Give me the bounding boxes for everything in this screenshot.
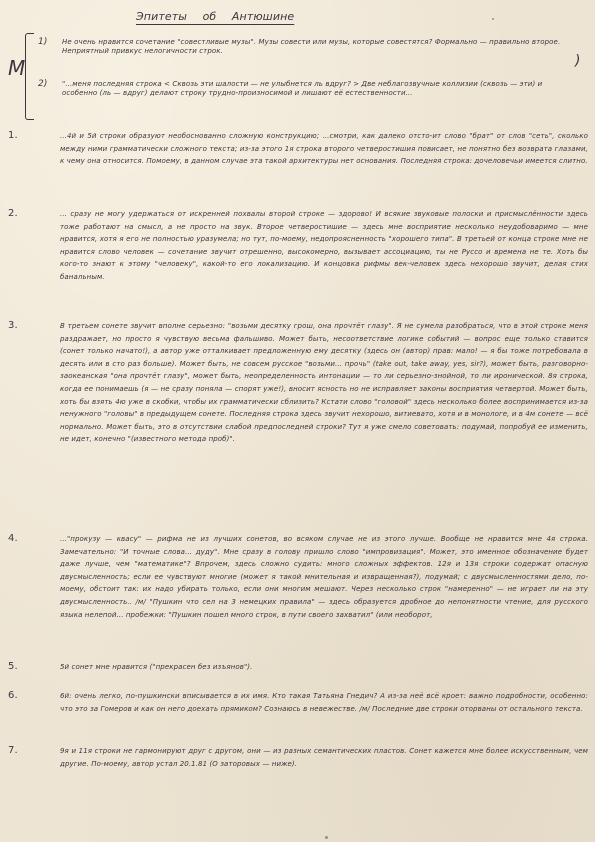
remark-number: 1)	[38, 38, 47, 47]
item-4: 4. ..."прокузу — квасу" — рифма не из лу…	[8, 533, 588, 621]
item-text: 6й: очень легко, по-пушкински вписываетс…	[60, 690, 588, 715]
item-text: ...4й и 5й строки образуют необоснованно…	[60, 130, 588, 168]
item-1: 1. ...4й и 5й строки образуют необоснова…	[8, 130, 588, 168]
item-3: 3. В третьем сонете звучит вполне серьез…	[8, 320, 588, 446]
remark-1: 1) Не очень нравится сочетание "совестли…	[38, 38, 578, 56]
paper-speck	[325, 836, 328, 839]
item-7: 7. 9я и 11я строки не гармонируют друг с…	[8, 745, 588, 770]
paper-speck	[492, 18, 494, 20]
margin-bracket	[25, 33, 34, 120]
item-6: 6. 6й: очень легко, по-пушкински вписыва…	[8, 690, 588, 715]
remark-number: 2)	[38, 80, 47, 89]
item-number: 7.	[8, 745, 18, 758]
item-number: 6.	[8, 690, 18, 703]
remark-2: 2) "...меня последняя строка < Сквозь эт…	[38, 80, 578, 98]
margin-mark: М	[8, 56, 25, 80]
item-5: 5. 5й сонет мне нравится ("прекрасен без…	[8, 661, 588, 674]
remark-text: "...меня последняя строка < Сквозь эти ш…	[62, 80, 578, 98]
item-number: 2.	[8, 208, 18, 221]
item-number: 3.	[8, 320, 18, 333]
item-text: ..."прокузу — квасу" — рифма не из лучши…	[60, 533, 588, 621]
item-number: 1.	[8, 130, 18, 143]
item-number: 4.	[8, 533, 18, 546]
page-title: Эпитеты об Антюшине	[136, 10, 294, 23]
manuscript-page: Эпитеты об Антюшине М ) 1) Не очень нрав…	[0, 0, 595, 842]
remark-text: Не очень нравится сочетание "совестливые…	[62, 38, 578, 56]
item-text: ... сразу не могу удержаться от искренне…	[60, 208, 588, 284]
item-text: 9я и 11я строки не гармонируют друг с др…	[60, 745, 588, 770]
item-2: 2. ... сразу не могу удержаться от искре…	[8, 208, 588, 284]
item-number: 5.	[8, 661, 18, 674]
item-text: 5й сонет мне нравится ("прекрасен без из…	[60, 661, 588, 674]
item-text: В третьем сонете звучит вполне серьезно:…	[60, 320, 588, 446]
